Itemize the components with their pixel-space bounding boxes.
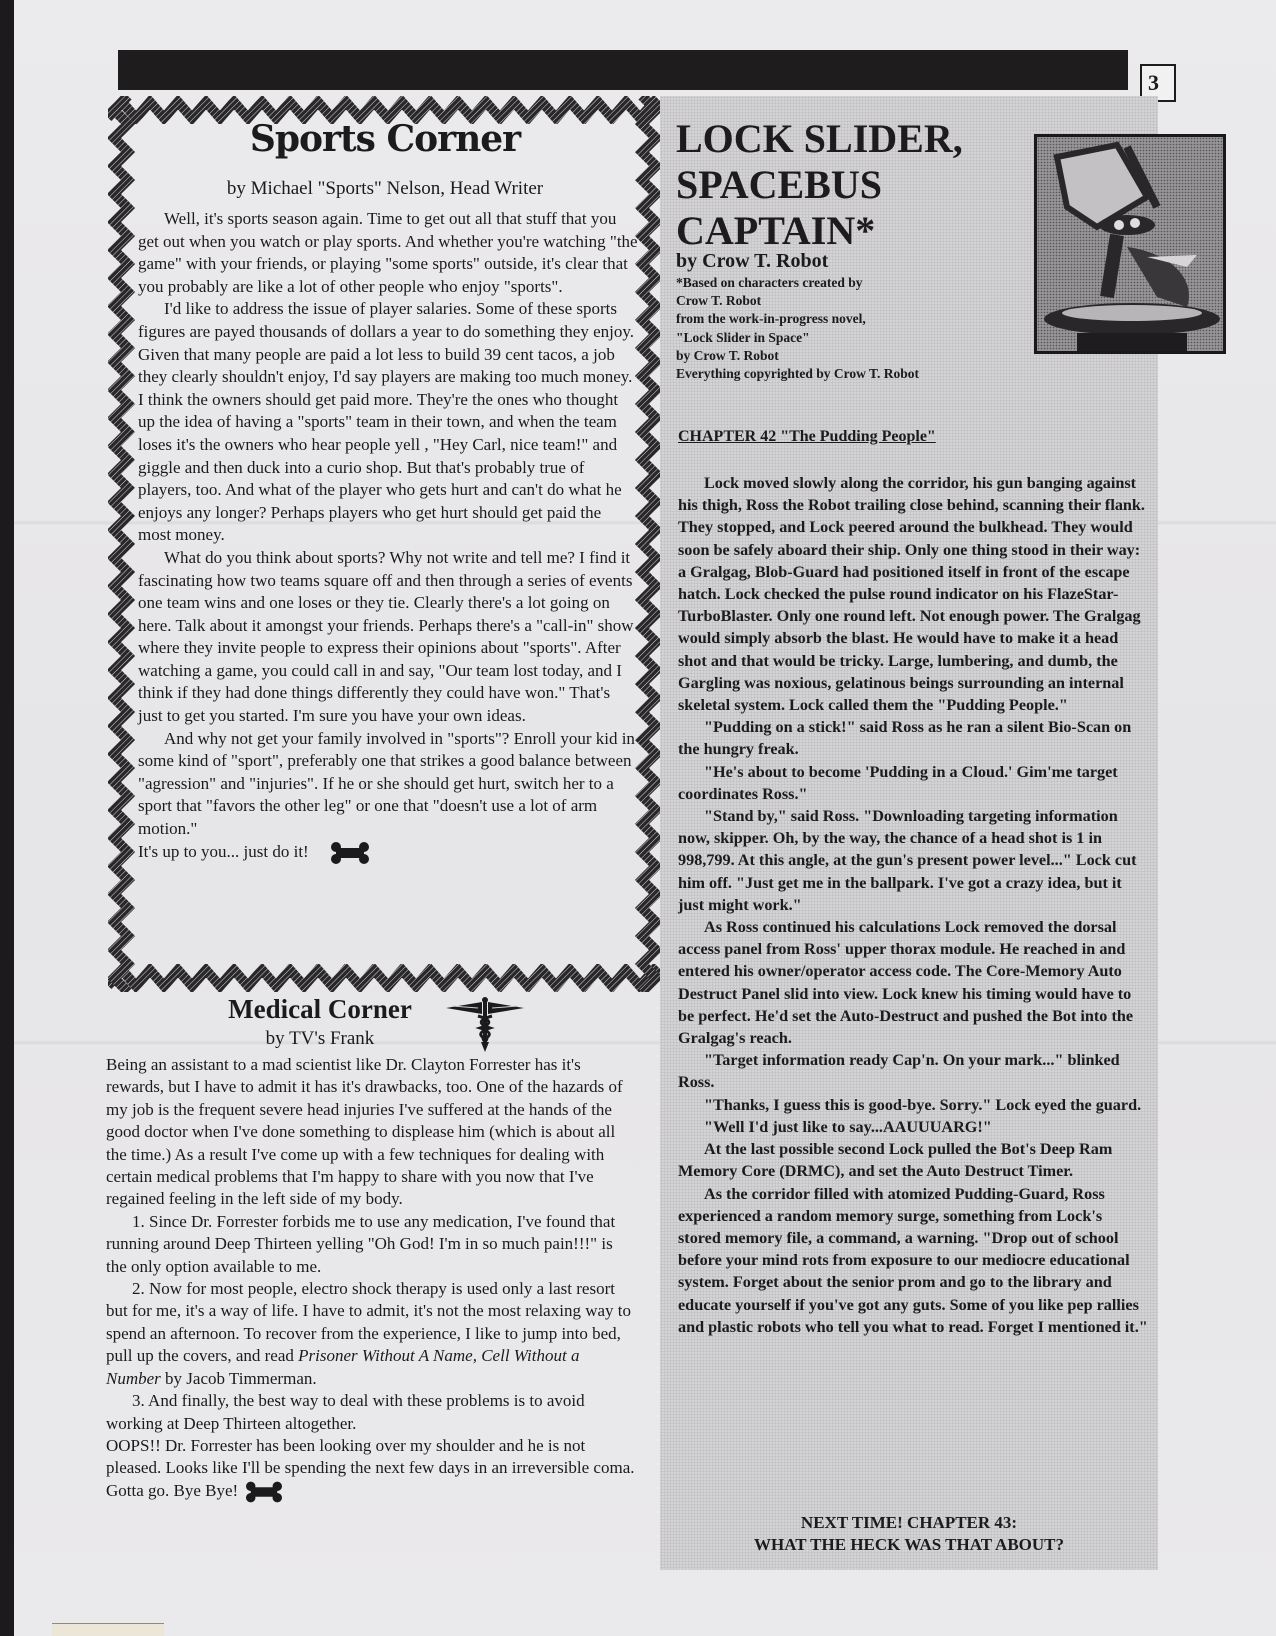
next-time-line: NEXT TIME! CHAPTER 43: [660, 1512, 1158, 1534]
story-title-line: LOCK SLIDER, [676, 116, 976, 162]
tape-scrap [52, 1623, 164, 1636]
credit-line: Crow T. Robot [676, 292, 1006, 310]
paragraph: "Target information ready Cap'n. On your… [678, 1049, 1148, 1093]
caduceus-icon [444, 996, 526, 1052]
next-time-teaser: NEXT TIME! CHAPTER 43: WHAT THE HECK WAS… [660, 1512, 1158, 1556]
paragraph: "He's about to become 'Pudding in a Clou… [678, 761, 1148, 805]
story-title-line: CAPTAIN* [676, 208, 976, 254]
robot-photo [1034, 134, 1226, 354]
credit-line: Everything copyrighted by Crow T. Robot [676, 365, 1006, 383]
credit-line: "Lock Slider in Space" [676, 329, 1006, 347]
story-body: Lock moved slowly along the corridor, hi… [678, 472, 1148, 1338]
paragraph: At the last possible second Lock pulled … [678, 1138, 1148, 1182]
paragraph: I'd like to address the issue of player … [138, 298, 638, 547]
paragraph: "Thanks, I guess this is good-bye. Sorry… [678, 1094, 1148, 1116]
signoff-text: It's up to you... just do it! [138, 842, 309, 861]
paragraph: Well, it's sports season again. Time to … [138, 208, 638, 298]
zigzag-border-left [108, 96, 136, 992]
closing-line: OOPS!! Dr. Forrester has been looking ov… [106, 1435, 636, 1503]
credit-line: from the work-in-progress novel, [676, 310, 1006, 328]
bone-icon [331, 842, 369, 864]
paragraph: "Pudding on a stick!" said Ross as he ra… [678, 716, 1148, 760]
credit-line: *Based on characters created by [676, 274, 1006, 292]
story-credits: *Based on characters created by Crow T. … [676, 274, 1006, 383]
header-bar [118, 50, 1128, 90]
tip-item: 1. Since Dr. Forrester forbids me to use… [106, 1211, 636, 1278]
next-time-line: WHAT THE HECK WAS THAT ABOUT? [660, 1534, 1158, 1556]
robot-figure-illustration [1037, 137, 1223, 351]
paragraph: As Ross continued his calculations Lock … [678, 916, 1148, 1049]
medical-corner-body: Being an assistant to a mad scientist li… [106, 1054, 636, 1503]
sports-corner-box: Sports Corner by Michael "Sports" Nelson… [108, 96, 662, 992]
paragraph: Lock moved slowly along the corridor, hi… [678, 472, 1148, 716]
zigzag-border-bottom [108, 964, 662, 992]
scanner-edge-shadow [0, 0, 14, 1636]
paragraph: Being an assistant to a mad scientist li… [106, 1054, 636, 1211]
story-title-line: SPACEBUS [676, 162, 976, 208]
medical-corner-byline: by TV's Frank [200, 1028, 440, 1050]
tip-item: 3. And finally, the best way to deal wit… [106, 1390, 636, 1435]
closing-text: OOPS!! Dr. Forrester has been looking ov… [106, 1436, 635, 1500]
signoff-line: It's up to you... just do it! [138, 841, 638, 864]
paragraph: As the corridor filled with atomized Pud… [678, 1183, 1148, 1338]
tip-item: 2. Now for most people, electro shock th… [106, 1278, 636, 1390]
medical-corner-title: Medical Corner [200, 994, 440, 1025]
story-title: LOCK SLIDER, SPACEBUS CAPTAIN* [676, 116, 976, 254]
paragraph: "Well I'd just like to say...AAUUUARG!" [678, 1116, 1148, 1138]
chapter-heading: CHAPTER 42 "The Pudding People" [678, 428, 936, 446]
paragraph: What do you think about sports? Why not … [138, 547, 638, 728]
paragraph: And why not get your family involved in … [138, 728, 638, 841]
story-byline: by Crow T. Robot [676, 250, 828, 273]
bone-icon [246, 1481, 282, 1503]
sports-corner-title: Sports Corner [108, 118, 662, 160]
book-author: by Jacob Timmerman. [161, 1369, 317, 1388]
credit-line: by Crow T. Robot [676, 347, 1006, 365]
sports-corner-body: Well, it's sports season again. Time to … [138, 208, 638, 864]
paragraph: "Stand by," said Ross. "Downloading targ… [678, 805, 1148, 916]
zigzag-border-right [634, 96, 662, 992]
sports-corner-byline: by Michael "Sports" Nelson, Head Writer [108, 178, 662, 200]
